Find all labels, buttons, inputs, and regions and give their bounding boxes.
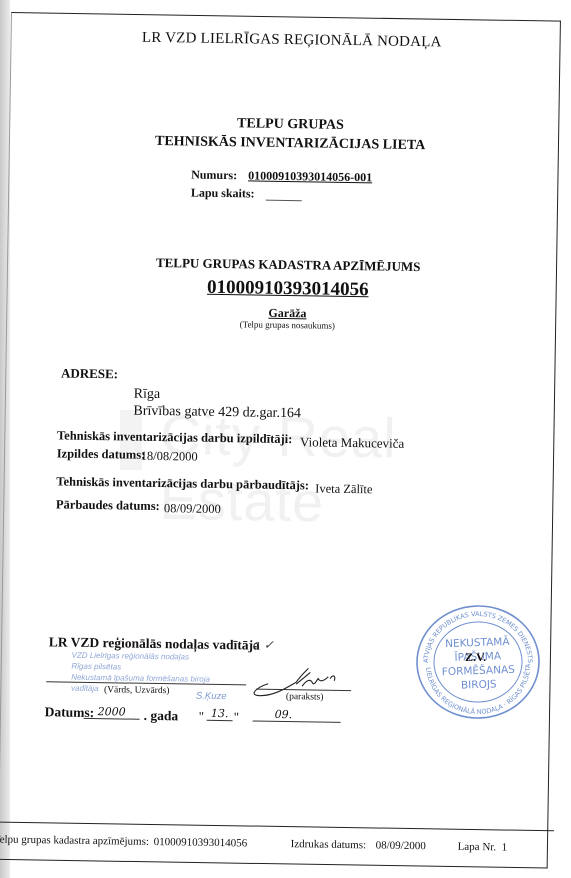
date-month-value: 09.: [253, 708, 293, 722]
address-street: Brīvības gatve 429 dz.gar.164: [133, 404, 301, 423]
performed-date-label: Izpildes datums:: [57, 446, 146, 462]
footer-print-date-label: Izdrukas datums:: [291, 838, 367, 851]
svg-text:NEKUSTAMĀ: NEKUSTAMĀ: [445, 635, 511, 650]
name-caption: (Vārds, Uzvārds): [104, 685, 170, 696]
name-stamp-line: VZD Lielrīgas reģionālās nodaļas: [72, 651, 190, 662]
case-number-value: 01000910393014056-001: [248, 168, 372, 185]
name-stamp-line: Rīgas pilsētas: [71, 662, 121, 672]
address-label: ADRESE:: [61, 365, 118, 382]
cadastre-number: 01000910393014056: [2, 274, 571, 305]
stamp-overprint: Z.V.: [465, 650, 486, 665]
date-year: 2000: [84, 705, 140, 720]
svg-text:FORMĒŠANAS: FORMĒŠANAS: [442, 663, 516, 679]
organization-header: LR VZD LIELRĪGAS REĢIONĀLĀ NODAĻA: [6, 28, 571, 54]
checker-value: Iveta Zālīte: [315, 481, 372, 497]
name-stamp-value: S.Ķuze: [196, 691, 227, 702]
performed-date-value: 18/08/2000: [141, 449, 198, 465]
footer-cadastre-label: Telpu grupas kadastra apzīmējums:: [0, 833, 149, 847]
checked-date-value: 08/09/2000: [164, 501, 221, 517]
cadastre-label: TELPU GRUPAS KADASTRA APZĪMĒJUMS: [3, 253, 571, 278]
svg-text:BIROJS: BIROJS: [461, 678, 497, 691]
footer-cadastre-value: 01000910393014056: [154, 836, 248, 849]
footer-page-label: Lapa Nr.: [458, 841, 497, 854]
footer-divider: [0, 821, 554, 831]
date-day: 13.: [207, 707, 233, 721]
quote-close: ": [234, 709, 240, 725]
performer-value: Violeta Makuceviča: [300, 434, 405, 452]
footer-page-value: 1: [502, 841, 508, 853]
address-city: Rīga: [134, 387, 161, 403]
page-count-blank: [266, 200, 302, 202]
footer-print-date-value: 08/09/2000: [376, 839, 426, 852]
page-count-label: Lapu skaits:: [191, 185, 255, 201]
document-page: LR VZD LIELRĪGAS REĢIONĀLĀ NODAĻA TELPU …: [0, 0, 571, 878]
footer-page-number: Lapa Nr. 1: [458, 841, 508, 854]
checked-date-label: Pārbaudes datums:: [56, 497, 160, 514]
name-stamp-line: vadītāja: [71, 684, 99, 693]
quote-open: ": [199, 709, 205, 725]
checker-label: Tehniskās inventarizācijas darbu pārbaud…: [56, 474, 309, 493]
signature-caption: (paraksts): [286, 692, 324, 703]
gada-label: . gada: [144, 708, 179, 725]
handwritten-mark: a ✓: [253, 638, 274, 652]
date-month: 09.: [253, 708, 341, 723]
performer-label: Tehniskās inventarizācijas darbu izpildī…: [57, 428, 293, 447]
case-number-label: Numurs:: [191, 167, 237, 183]
